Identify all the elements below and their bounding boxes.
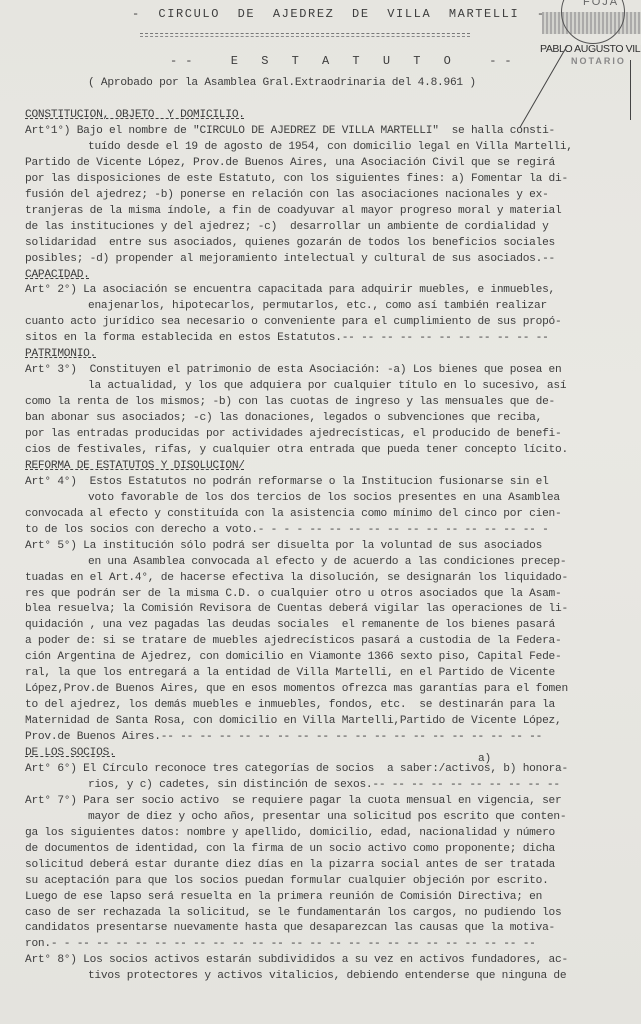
text-line: tuadas en el Art.4°, de hacerse efectiva… (25, 572, 568, 585)
text-line: Art° 8°) Los socios activos estarán subd… (25, 954, 568, 967)
text-line: solicitud deberá estar durante diez días… (25, 859, 555, 872)
text-line: mayor de diez y ocho años, presentar una… (88, 811, 566, 824)
title-underline (140, 33, 470, 37)
text-line: Art° 7°) Para ser socio activo se requie… (25, 795, 561, 808)
text-line: fusión del ajedrez; -b) ponerse en relac… (25, 189, 549, 202)
text-line: en una Asamblea convocada al efecto y de… (88, 556, 566, 569)
approval-note: ( Aprobado por la Asamblea Gral.Extraodr… (88, 77, 476, 90)
signature-stroke-right (630, 60, 631, 120)
text-line: blea resuelva; la Comisión Revisora de C… (25, 603, 568, 616)
text-line: Prov.de Buenos Aires.-- -- -- -- -- -- -… (25, 731, 542, 744)
org-title: - CIRCULO DE AJEDREZ DE VILLA MARTELLI - (132, 8, 546, 21)
text-line: candidatos presentarse nuevamente hasta … (25, 922, 555, 935)
section-heading: PATRIMONIO. (25, 348, 96, 361)
text-line: ga los siguientes datos: nombre y apelli… (25, 827, 555, 840)
text-line: posibles; -d) propender al mejoramiento … (25, 253, 555, 266)
notary-role: NOTARIO (571, 56, 626, 66)
notary-stamp: FOJA PABLO AUGUSTO VILLOLA NOTARIO (537, 0, 641, 70)
text-line: ban abonar sus asociados; -c) las donaci… (25, 412, 542, 425)
text-line: Art°1°) Bajo el nombre de "CIRCULO DE AJ… (25, 125, 555, 138)
text-line: Art° 3°) Constituyen el patrimonio de es… (25, 364, 561, 377)
text-line: rios, y c) cadetes, sin distinción de se… (88, 779, 560, 792)
doc-title: -- E S T A T U T O -- (170, 55, 520, 68)
text-line: ron.- - -- -- -- -- -- -- -- -- -- -- --… (25, 938, 536, 951)
text-line: Maternidad de Santa Rosa, con domicilio … (25, 715, 561, 728)
text-line: tivos protectores y activos vitalicios, … (88, 970, 566, 983)
stamp-top-text: FOJA (583, 0, 619, 8)
text-line: Partido de Vicente López, Prov.de Buenos… (25, 157, 555, 170)
text-line: tranjeras de la misma índole, a fin de c… (25, 205, 561, 218)
section-heading: REFORMA DE ESTATUTOS Y DISOLUCION/ (25, 460, 245, 473)
text-line: voto favorable de los dos tercios de los… (88, 492, 560, 505)
text-line: cios de festivales, rifas, y cualquier o… (25, 444, 568, 457)
text-line: quidación , una vez pagadas las deudas s… (25, 619, 555, 632)
text-line: a poder de: si se tratare de muebles aje… (25, 635, 561, 648)
text-line: por las disposiciones de este Estatuto, … (25, 173, 568, 186)
text-line: López,Prov.de Buenos Aires, que en esos … (25, 683, 568, 696)
text-line: Art° 2°) La asociación se encuentra capa… (25, 284, 555, 297)
text-line: sitos en la forma establecida en estos E… (25, 332, 549, 345)
section-heading: CAPACIDAD. (25, 269, 90, 282)
text-line: tuído desde el 19 de agosto de 1954, con… (88, 141, 573, 154)
notary-name: PABLO AUGUSTO VILLOLA (540, 43, 641, 55)
text-line: to del ajedrez, los demás muebles e inmu… (25, 699, 555, 712)
text-line: de las instituciones y del ajedrez; -c) … (25, 221, 549, 234)
text-line: como la renta de los mismos; -b) con las… (25, 396, 555, 409)
text-line: la actualidad, y los que adquiera por cu… (88, 380, 566, 393)
text-line: ción Argentina de Ajedrez, con domicilio… (25, 651, 561, 664)
text-line: cuanto acto jurídico sea necesario o con… (25, 316, 561, 329)
document-page: - CIRCULO DE AJEDREZ DE VILLA MARTELLI -… (0, 0, 641, 1024)
text-line: por las entradas producidas por activida… (25, 428, 561, 441)
text-line: Art° 4°) Estos Estatutos no podrán refor… (25, 476, 549, 489)
text-line: caso de ser rechazada la solicitud, se l… (25, 907, 561, 920)
text-line: de documentos de identidad, con la firma… (25, 843, 555, 856)
text-line: Art° 5°) La institución sólo podrá ser d… (25, 540, 542, 553)
text-line: convocada al efecto y constituída con la… (25, 508, 561, 521)
text-line: res que podrán ser de la misma C.D. o cu… (25, 588, 561, 601)
text-line: Luego de ese lapso será resuelta en la p… (25, 891, 542, 904)
section-heading: DE LOS SOCIOS. (25, 747, 116, 760)
text-line: enajenarlos, hipotecarlos, permutarlos, … (88, 300, 547, 313)
text-line: to de los socios con derecho a voto.- - … (25, 524, 549, 537)
text-line: Art° 6°) El Círculo reconoce tres catego… (25, 763, 568, 776)
text-line: solidaridad entre sus asociados, quienes… (25, 237, 555, 250)
section-heading: CONSTITUCION, OBJETO Y DOMICILIO. (25, 109, 245, 122)
text-line: su aceptación para que los socios puedan… (25, 875, 549, 888)
text-line: ral, la que los entregará a la entidad d… (25, 667, 555, 680)
